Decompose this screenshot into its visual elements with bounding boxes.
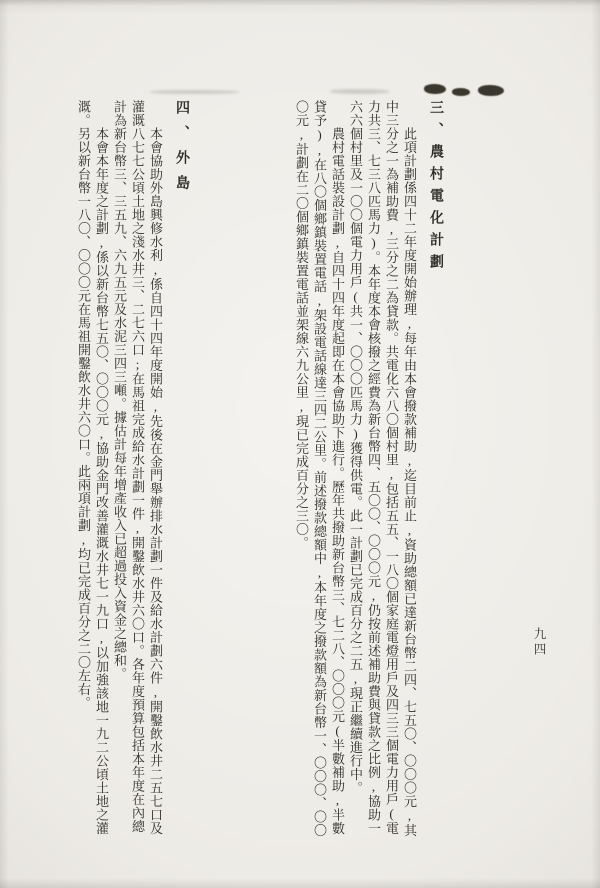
page-number: 九四 <box>530 627 548 658</box>
scanned-document-page: 三、農村電化計劃 此項計劃係四十二年度開始辦理,每年由本會撥款補助,迄目前止,資… <box>0 0 600 888</box>
section-outer-islands-paragraph-1: 本會協助外島興修水利,係自四十四年度開始,先後在金門舉辦排水計劃一件及給水計劃六… <box>110 100 164 842</box>
document-body: 三、農村電化計劃 此項計劃係四十二年度開始辦理,每年由本會撥款補助,迄目前止,資… <box>0 100 546 842</box>
scan-smudge <box>452 88 470 96</box>
scan-smudge <box>478 85 504 96</box>
section-rural-electrification-paragraph-1: 此項計劃係四十二年度開始辦理,每年由本會撥款補助,迄目前止,資助總額已達新台幣二… <box>346 100 418 842</box>
section-rural-electrification-paragraph-2: 農村電話裝設計劃,自四十四年度起即在本會協助下進行。歷年共撥助新台幣三、七二八、… <box>292 100 346 842</box>
section-heading-tidal-land-survey: 五、海埔地之調查測量及開發 <box>0 100 67 842</box>
scan-smudge <box>150 90 240 94</box>
scan-smudge <box>424 84 446 94</box>
section-outer-islands-paragraph-2: 本會本年度之計劃,係以新台幣七五〇、〇〇〇元,協助金門改善灌溉水井七一九口,以加… <box>74 100 110 842</box>
section-heading-rural-electrification: 三、農村電化計劃 <box>425 100 539 842</box>
section-heading-outer-islands: 四、外島 <box>171 100 285 842</box>
scan-smudge <box>330 89 390 94</box>
